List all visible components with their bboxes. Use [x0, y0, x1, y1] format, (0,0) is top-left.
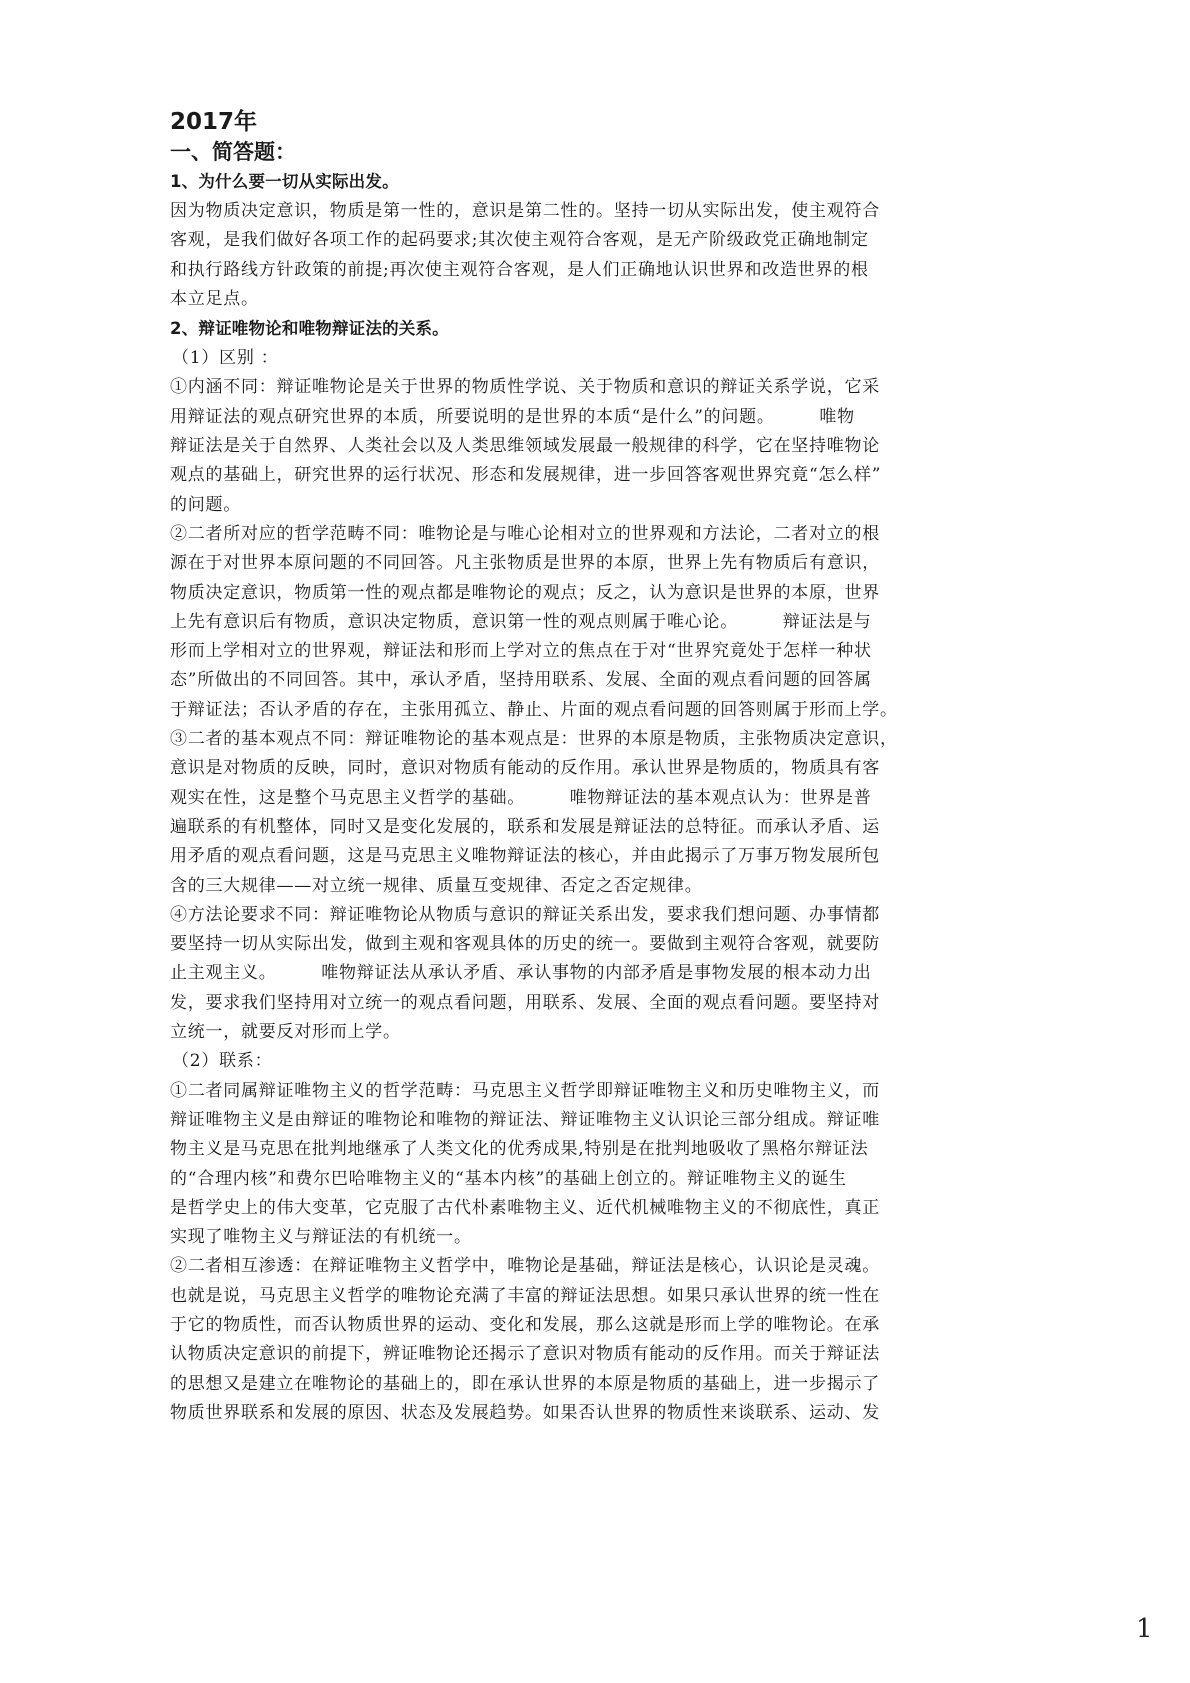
answer-line: 认物质决定意识的前提下，辨证唯物论还揭示了意识对物质有能动的反作用。而关于辩证法: [170, 1340, 1010, 1369]
answer-line: 辩证法是关于自然界、人类社会以及人类思维领域发展最一般规律的科学，它在坚持唯物论: [170, 432, 1010, 461]
question-title: 2、辩证唯物论和唯物辩证法的关系。: [170, 314, 1010, 344]
answer-line: 于辩证法；否认矛盾的存在，主张用孤立、静止、片面的观点看问题的回答则属于形而上学…: [170, 696, 1010, 725]
answer-line: 发，要求我们坚持用对立统一的观点看问题，用联系、发展、全面的观点看问题。要坚持对: [170, 989, 1010, 1018]
page-number: 1: [1136, 1614, 1153, 1644]
year-heading: 2017年: [170, 107, 1010, 137]
answer-line: ②二者所对应的哲学范畴不同：唯物论是与唯心论相对立的世界观和方法论，二者对立的根: [170, 520, 1010, 549]
answer-line: 物质世界联系和发展的原因、状态及发展趋势。如果否认世界的物质性来谈联系、运动、发: [170, 1399, 1010, 1428]
answer-line: 源在于对世界本原问题的不同回答。凡主张物质是世界的本原，世界上先有物质后有意识，: [170, 549, 1010, 578]
answer-line: 客观，是我们做好各项工作的起码要求;其次使主观符合客观，是无产阶级政党正确地制定: [170, 226, 1010, 255]
answer-line: 实现了唯物主义与辩证法的有机统一。: [170, 1223, 1010, 1252]
answer-line: 用辩证法的观点研究世界的本质，所要说明的是世界的本质“是什么”的问题。 唯物: [170, 403, 1010, 432]
document-page: 2017年 一、简答题： 1、为什么要一切从实际出发。 因为物质决定意识，物质是…: [170, 105, 1010, 1428]
question-title: 1、为什么要一切从实际出发。: [170, 167, 1010, 197]
answer-line: 的思想又是建立在唯物论的基础上的，即在承认世界的本原是物质的基础上，进一步揭示了: [170, 1370, 1010, 1399]
answer-line: 要坚持一切从实际出发，做到主观和客观具体的历史的统一。要做到主观符合客观，就要防: [170, 930, 1010, 959]
answer-line: ④方法论要求不同：辩证唯物论从物质与意识的辩证关系出发，要求我们想问题、办事情都: [170, 901, 1010, 930]
answer-line: ②二者相互渗透：在辩证唯物主义哲学中，唯物论是基础，辩证法是核心，认识论是灵魂。: [170, 1252, 1010, 1281]
answer-line: 形而上学相对立的世界观，辩证法和形而上学对立的焦点在于对“世界究竟处于怎样一种状: [170, 637, 1010, 666]
answer-line: 本立足点。: [170, 285, 1010, 314]
answer-line: ①内涵不同：辩证唯物论是关于世界的物质性学说、关于物质和意识的辩证关系学说，它采: [170, 373, 1010, 402]
part-differences: （1）区别 ： ①内涵不同：辩证唯物论是关于世界的物质性学说、关于物质和意识的辩…: [170, 344, 1010, 1047]
answer-line: 观实在性，这是整个马克思主义哲学的基础。 唯物辩证法的基本观点认为：世界是普: [170, 784, 1010, 813]
answer-line: ③二者的基本观点不同：辩证唯物论的基本观点是：世界的本原是物质，主张物质决定意识…: [170, 725, 1010, 754]
question-2: 2、辩证唯物论和唯物辩证法的关系。 （1）区别 ： ①内涵不同：辩证唯物论是关于…: [170, 314, 1010, 1428]
answer-line: 含的三大规律——对立统一规律、质量互变规律、否定之否定规律。: [170, 872, 1010, 901]
answer-line: 也就是说，马克思主义哲学的唯物论充满了丰富的辩证法思想。如果只承认世界的统一性在: [170, 1282, 1010, 1311]
answer-line: 辩证唯物主义是由辩证的唯物论和唯物的辩证法、辩证唯物主义认识论三部分组成。辩证唯: [170, 1106, 1010, 1135]
answer-line: 止主观主义。 唯物辩证法从承认矛盾、承认事物的内部矛盾是事物发展的根本动力出: [170, 959, 1010, 988]
answer-line: 于它的物质性，而否认物质世界的运动、变化和发展，那么这就是形而上学的唯物论。在承: [170, 1311, 1010, 1340]
part-heading: （2）联系：: [170, 1047, 1010, 1076]
question-1: 1、为什么要一切从实际出发。 因为物质决定意识，物质是第一性的，意识是第二性的。…: [170, 167, 1010, 314]
answer-line: 和执行路线方针政策的前提;再次使主观符合客观，是人们正确地认识世界和改造世界的根: [170, 256, 1010, 285]
section-heading: 一、简答题：: [170, 137, 1010, 167]
answer-line: 的问题。: [170, 491, 1010, 520]
answer-line: 因为物质决定意识，物质是第一性的，意识是第二性的。坚持一切从实际出发，使主观符合: [170, 197, 1010, 226]
answer-line: 意识是对物质的反映，同时，意识对物质有能动的反作用。承认世界是物质的，物质具有客: [170, 754, 1010, 783]
part-connections: （2）联系： ①二者同属辩证唯物主义的哲学范畴：马克思主义哲学即辩证唯物主义和历…: [170, 1047, 1010, 1428]
answer-line: 态”所做出的不同回答。其中，承认矛盾，坚持用联系、发展、全面的观点看问题的回答属: [170, 666, 1010, 695]
answer-line: 遍联系的有机整体，同时又是变化发展的，联系和发展是辩证法的总特征。而承认矛盾、运: [170, 813, 1010, 842]
answer-line: 物主义是马克思在批判地继承了人类文化的优秀成果,特别是在批判地吸收了黑格尔辩证法: [170, 1135, 1010, 1164]
answer-line: 物质决定意识，物质第一性的观点都是唯物论的观点；反之，认为意识是世界的本原，世界: [170, 579, 1010, 608]
part-heading: （1）区别 ：: [170, 344, 1010, 373]
answer-line: ①二者同属辩证唯物主义的哲学范畴：马克思主义哲学即辩证唯物主义和历史唯物主义，而: [170, 1077, 1010, 1106]
answer-line: 是哲学史上的伟大变革，它克服了古代朴素唯物主义、近代机械唯物主义的不彻底性，真正: [170, 1194, 1010, 1223]
answer-line: 观点的基础上，研究世界的运行状况、形态和发展规律，进一步回答客观世界究竟“怎么样…: [170, 461, 1010, 490]
answer-line: 上先有意识后有物质，意识决定物质，意识第一性的观点则属于唯心论。 辩证法是与: [170, 608, 1010, 637]
answer-line: 用矛盾的观点看问题，这是马克思主义唯物辩证法的核心，并由此揭示了万事万物发展所包: [170, 842, 1010, 871]
answer-line: 的“合理内核”和费尔巴哈唯物主义的“基本内核”的基础上创立的。辩证唯物主义的诞生: [170, 1165, 1010, 1194]
answer-line: 立统一，就要反对形而上学。: [170, 1018, 1010, 1047]
